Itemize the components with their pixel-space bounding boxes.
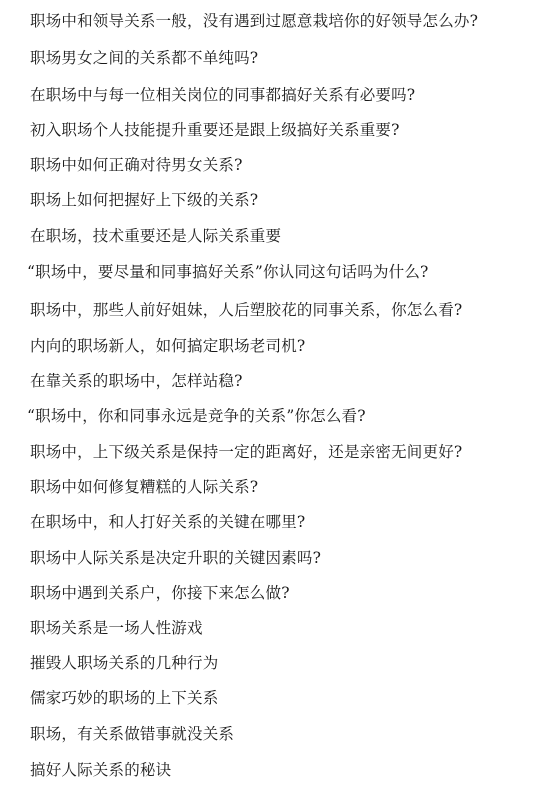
list-item: 搞好人际关系的秘诀 (30, 760, 171, 780)
list-item: 职场，有关系做错事就没关系 (30, 724, 234, 744)
list-item: 职场上如何把握好上下级的关系? (30, 190, 258, 210)
list-item: 职场中人际关系是决定升职的关键因素吗? (30, 548, 321, 568)
list-item: 职场关系是一场人性游戏 (30, 618, 203, 638)
list-item: 职场男女之间的关系都不单纯吗? (30, 48, 258, 68)
list-item: 儒家巧妙的职场的上下关系 (30, 688, 218, 708)
list-item: “职场中，要尽量和同事搞好关系”你认同这句话吗为什么? (27, 262, 429, 282)
list-item: 在靠关系的职场中，怎样站稳? (30, 371, 243, 391)
list-item: 职场中如何正确对待男女关系? (30, 155, 243, 175)
list-item: 职场中和领导关系一般，没有遇到过愿意栽培你的好领导怎么办? (30, 11, 478, 31)
list-item: 初入职场个人技能提升重要还是跟上级搞好关系重要? (30, 120, 400, 140)
list-item: 在职场，技术重要还是人际关系重要 (30, 226, 281, 246)
list-item: 内向的职场新人，如何搞定职场老司机? (30, 336, 305, 356)
list-item: 在职场中与每一位相关岗位的同事都搞好关系有必要吗? (30, 85, 415, 105)
list-item: 职场中，上下级关系是保持一定的距离好，还是亲密无间更好? (30, 442, 462, 462)
list-item: 职场中，那些人前好姐妹，人后塑胶花的同事关系，你怎么看? (30, 300, 462, 320)
list-item: 职场中遇到关系户，你接下来怎么做? (30, 583, 290, 603)
list-item: 职场中如何修复糟糕的人际关系? (30, 477, 258, 497)
list-item: 在职场中，和人打好关系的关键在哪里? (30, 512, 305, 532)
list-item: 摧毁人职场关系的几种行为 (30, 653, 218, 673)
list-item: “职场中，你和同事永远是竞争的关系”你怎么看? (27, 406, 366, 426)
